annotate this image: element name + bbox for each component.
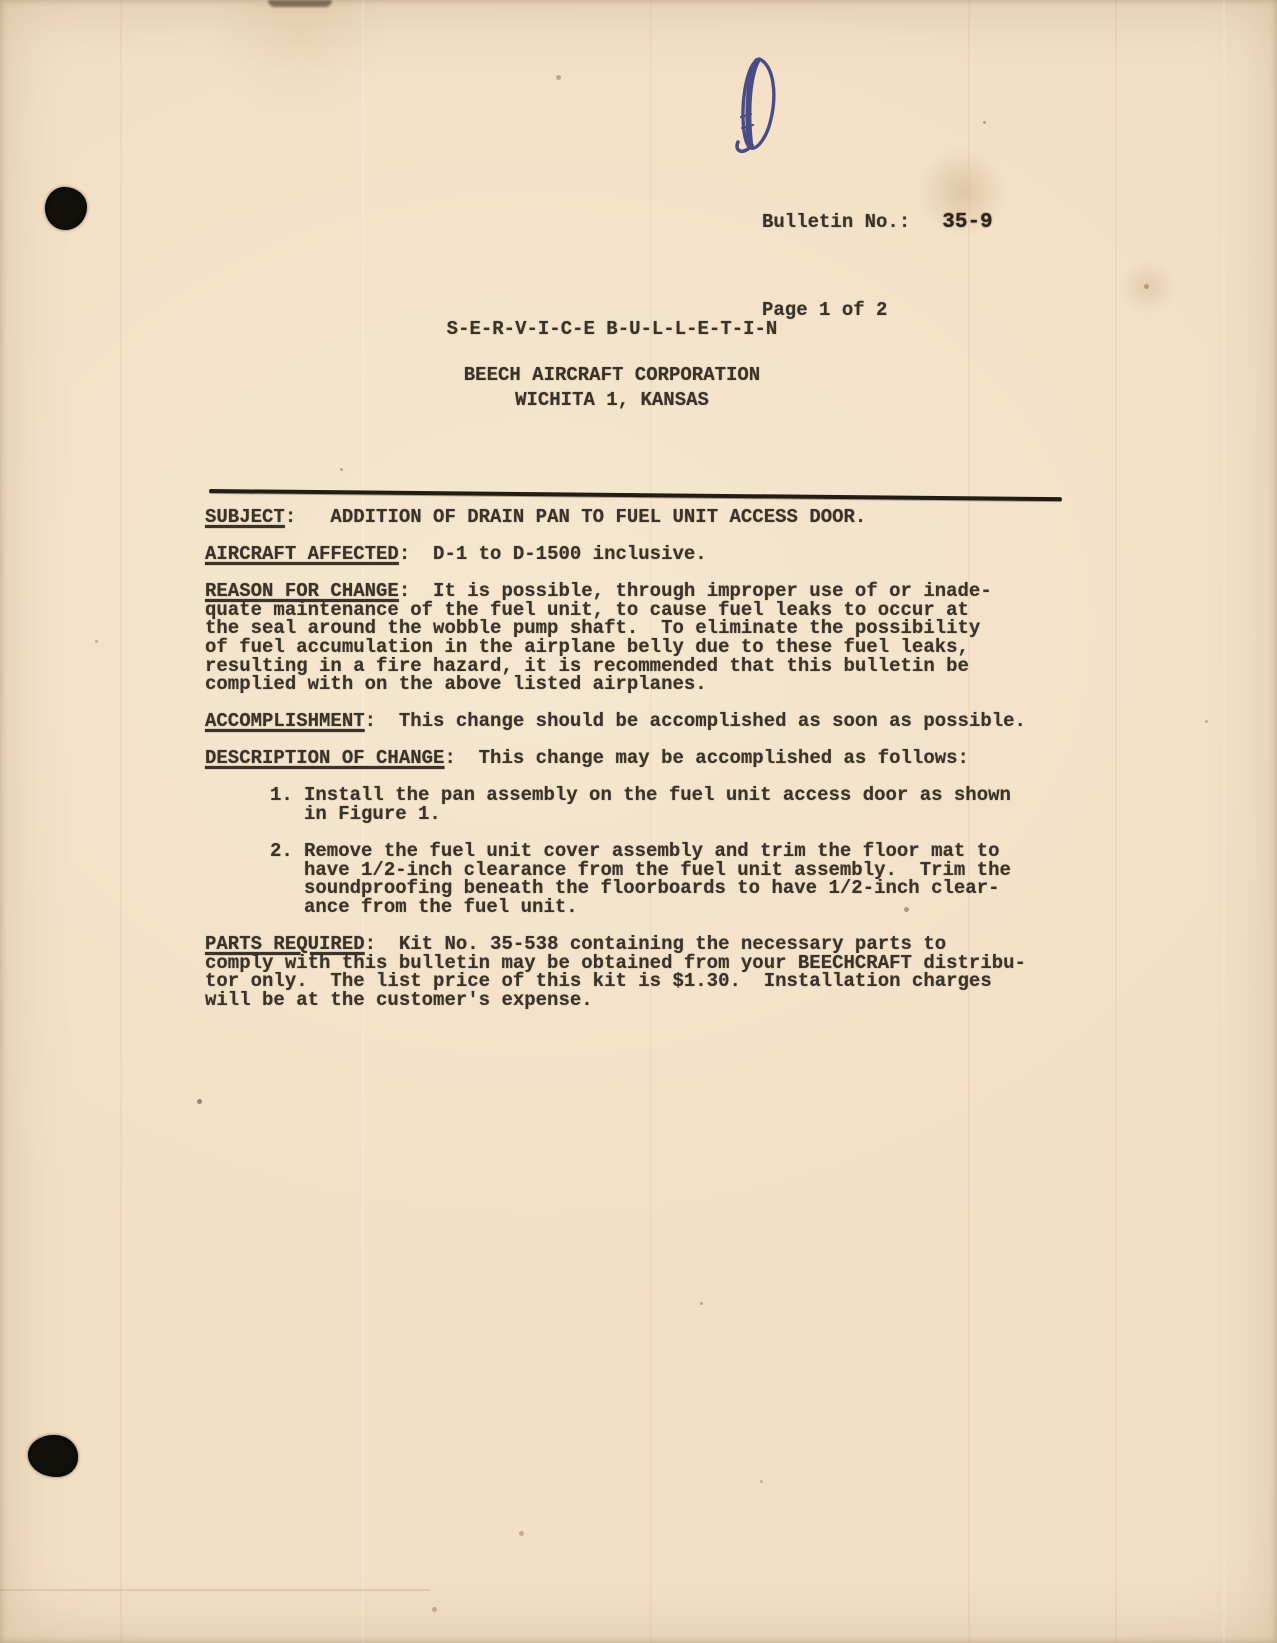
section-reason-for-change: REASON FOR CHANGE: It is possible, throu…: [205, 582, 1075, 694]
section-description-of-change: DESCRIPTION OF CHANGE: This change may b…: [205, 749, 1075, 768]
step-text: Install the pan assembly on the fuel uni…: [304, 786, 1011, 823]
bulletin-number-value: 35-9: [942, 211, 992, 234]
step-number: 2.: [270, 842, 304, 916]
fold-crease: [120, 0, 122, 1643]
document-title: S-E-R-V-I-C-E B-U-L-L-E-T-I-N: [0, 320, 1224, 339]
bulletin-number-label: Bulletin No.:: [762, 211, 910, 233]
section-description-of-change-label: DESCRIPTION OF CHANGE: [205, 747, 444, 769]
horizontal-rule: [209, 489, 1062, 501]
punch-hole-top: [45, 187, 87, 230]
section-aircraft-affected-label: AIRCRAFT AFFECTED: [205, 543, 399, 565]
section-subject: SUBJECT: ADDITION OF DRAIN PAN TO FUEL U…: [205, 508, 1075, 527]
page-indicator: Page 1 of 2: [762, 301, 993, 320]
section-accomplishment-label: ACCOMPLISHMENT: [205, 710, 365, 732]
section-parts-required: PARTS REQUIRED: Kit No. 35-538 containin…: [205, 935, 1075, 1009]
letterhead: S-E-R-V-I-C-E B-U-L-L-E-T-I-N BEECH AIRC…: [0, 320, 1224, 410]
section-description-of-change-text: : This change may be accomplished as fol…: [444, 747, 969, 769]
section-aircraft-affected-text: : D-1 to D-1500 inclusive.: [399, 543, 707, 565]
handwritten-ink-mark: [728, 55, 786, 160]
company-name: BEECH AIRCRAFT CORPORATION: [0, 366, 1224, 385]
fold-crease-horizontal: [0, 1589, 430, 1591]
fold-crease: [1115, 0, 1117, 1643]
company-address: WICHITA 1, KANSAS: [0, 391, 1224, 410]
step-item-2: 2. Remove the fuel unit cover assembly a…: [270, 842, 1075, 916]
fold-crease: [1223, 0, 1225, 1643]
step-text: Remove the fuel unit cover assembly and …: [304, 842, 1011, 916]
bulletin-number-line: Bulletin No.:35-9: [762, 213, 993, 233]
document-body: SUBJECT: ADDITION OF DRAIN PAN TO FUEL U…: [205, 508, 1075, 1028]
section-accomplishment: ACCOMPLISHMENT: This change should be ac…: [205, 712, 1075, 731]
punch-hole-bottom: [28, 1435, 78, 1477]
edge-smudge: [268, 0, 332, 7]
section-accomplishment-text: : This change should be accomplished as …: [365, 710, 1026, 732]
section-subject-label: SUBJECT: [205, 506, 285, 528]
step-item-1: 1. Install the pan assembly on the fuel …: [270, 786, 1075, 823]
step-list: 1. Install the pan assembly on the fuel …: [270, 786, 1075, 916]
step-number: 1.: [270, 786, 304, 823]
scanned-document-page: Bulletin No.:35-9 Page 1 of 2 S-E-R-V-I-…: [0, 0, 1277, 1643]
section-aircraft-affected: AIRCRAFT AFFECTED: D-1 to D-1500 inclusi…: [205, 545, 1075, 564]
paper-speckles: [0, 0, 3, 3]
section-subject-text: : ADDITION OF DRAIN PAN TO FUEL UNIT ACC…: [285, 506, 867, 528]
